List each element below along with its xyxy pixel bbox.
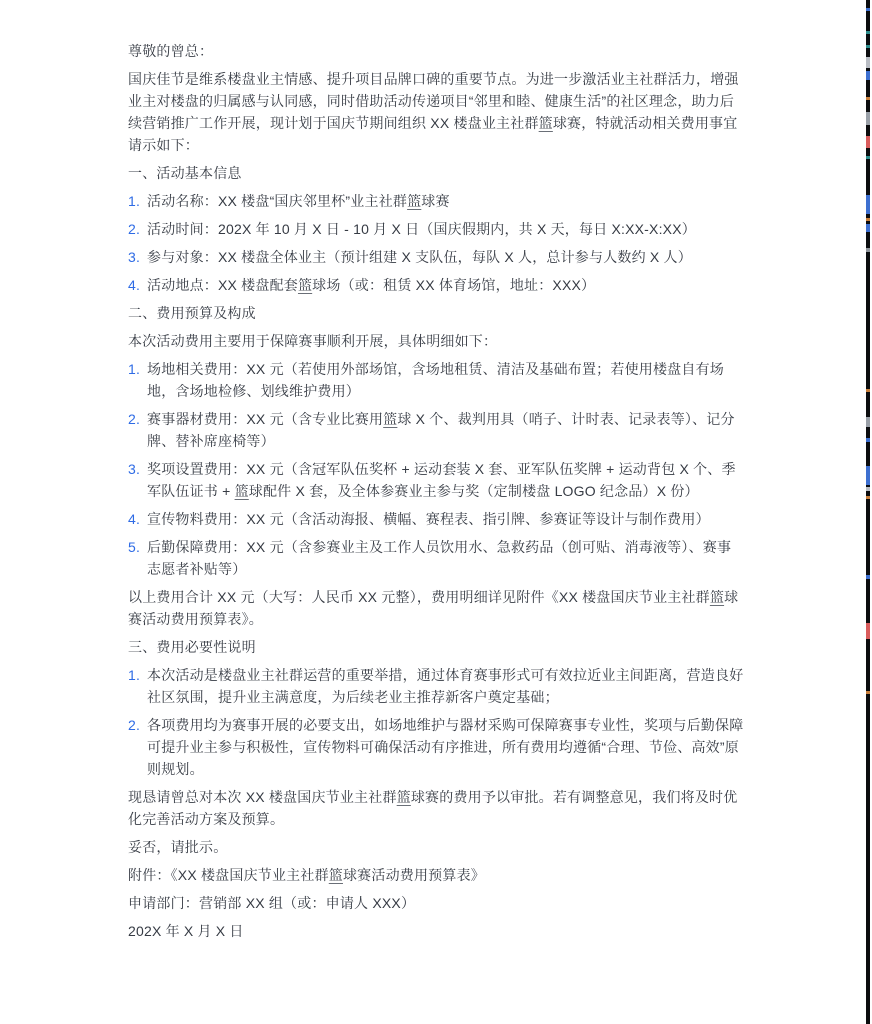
closing-approval: 妥否，请批示。 — [128, 836, 745, 858]
edge-strip-fragment — [866, 224, 870, 232]
list-item: 参与对象：XX 楼盘全体业主（预计组建 X 支队伍，每队 X 人，总计参与人数约… — [147, 246, 745, 268]
edge-strip-fragment — [866, 575, 870, 579]
edge-strip-fragment — [866, 218, 870, 221]
edge-strip-fragment — [866, 45, 870, 48]
edge-strip-fragment — [866, 487, 870, 491]
edge-strip-fragment — [866, 417, 870, 427]
edge-strip-fragment — [866, 623, 870, 639]
edge-strip-fragment — [866, 31, 870, 34]
edge-strip-fragment — [866, 57, 870, 68]
list-item: 活动地点：XX 楼盘配套篮球场（或：租赁 XX 体育场馆，地址：XXX） — [147, 274, 745, 296]
salutation: 尊敬的曾总： — [128, 40, 745, 62]
section1-list: 活动名称：XX 楼盘“国庆邻里杯”业主社群篮球赛 活动时间：202X 年 10 … — [128, 190, 745, 296]
section2-heading: 二、费用预算及构成 — [128, 302, 745, 324]
section3-heading: 三、费用必要性说明 — [128, 636, 745, 658]
approval-request-document: 尊敬的曾总： 国庆佳节是维系楼盘业主情感、提升项目品牌口碑的重要节点。为进一步激… — [128, 40, 745, 948]
department-line: 申请部门：营销部 XX 组（或：申请人 XXX） — [128, 892, 745, 914]
edge-strip-fragment — [866, 136, 870, 148]
list-item: 各项费用均为赛事开展的必要支出，如场地维护与器材采购可保障赛事专业性，奖项与后勤… — [147, 714, 745, 780]
edge-strip-fragment — [866, 248, 870, 252]
edge-strip-fragment — [866, 112, 870, 125]
edge-strip-fragment — [866, 691, 870, 694]
section2-list: 场地相关费用：XX 元（若使用外部场馆，含场地租赁、清洁及基础布置；若使用楼盘自… — [128, 358, 745, 580]
list-item: 奖项设置费用：XX 元（含冠军队伍奖杯 + 运动套装 X 套、亚军队伍奖牌 + … — [147, 458, 745, 502]
list-item: 后勤保障费用：XX 元（含参赛业主及工作人员饮用水、急救药品（创可贴、消毒液等）… — [147, 536, 745, 580]
list-item: 活动时间：202X 年 10 月 X 日 - 10 月 X 日（国庆假期内，共 … — [147, 218, 745, 240]
list-item: 宣传物料费用：XX 元（含活动海报、横幅、赛程表、指引牌、参赛证等设计与制作费用… — [147, 508, 745, 530]
attachment-line: 附件：《XX 楼盘国庆节业主社群篮球赛活动费用预算表》 — [128, 864, 745, 886]
section2-lead: 本次活动费用主要用于保障赛事顺利开展，具体明细如下： — [128, 330, 745, 352]
section1-heading: 一、活动基本信息 — [128, 162, 745, 184]
edge-strip-fragment — [866, 8, 870, 11]
section3-list: 本次活动是楼盘业主社群运营的重要举措，通过体育赛事形式可有效拉近业主间距离，营造… — [128, 664, 745, 780]
edge-strip-fragment — [866, 389, 870, 392]
edge-strip-fragment — [866, 97, 870, 100]
edge-strip-fragment — [866, 466, 870, 485]
closing-request: 现恳请曾总对本次 XX 楼盘国庆节业主社群篮球赛的费用予以审批。若有调整意见，我… — [128, 786, 745, 830]
date-line: 202X 年 X 月 X 日 — [128, 920, 745, 942]
list-item: 赛事器材费用：XX 元（含专业比赛用篮球 X 个、裁判用具（哨子、计时表、记录表… — [147, 408, 745, 452]
edge-strip-fragment — [866, 71, 870, 80]
section2-summary: 以上费用合计 XX 元（大写：人民币 XX 元整），费用明细详见附件《XX 楼盘… — [128, 586, 745, 630]
edge-strip-fragment — [866, 195, 870, 214]
list-item: 活动名称：XX 楼盘“国庆邻里杯”业主社群篮球赛 — [147, 190, 745, 212]
adjacent-window-edge-strip — [866, 0, 870, 1024]
edge-strip-fragment — [866, 156, 870, 159]
edge-strip-fragment — [866, 496, 870, 499]
intro-paragraph: 国庆佳节是维系楼盘业主情感、提升项目品牌口碑的重要节点。为进一步激活业主社群活力… — [128, 68, 745, 156]
list-item: 场地相关费用：XX 元（若使用外部场馆，含场地租赁、清洁及基础布置；若使用楼盘自… — [147, 358, 745, 402]
list-item: 本次活动是楼盘业主社群运营的重要举措，通过体育赛事形式可有效拉近业主间距离，营造… — [147, 664, 745, 708]
edge-strip-fragment — [866, 438, 870, 442]
